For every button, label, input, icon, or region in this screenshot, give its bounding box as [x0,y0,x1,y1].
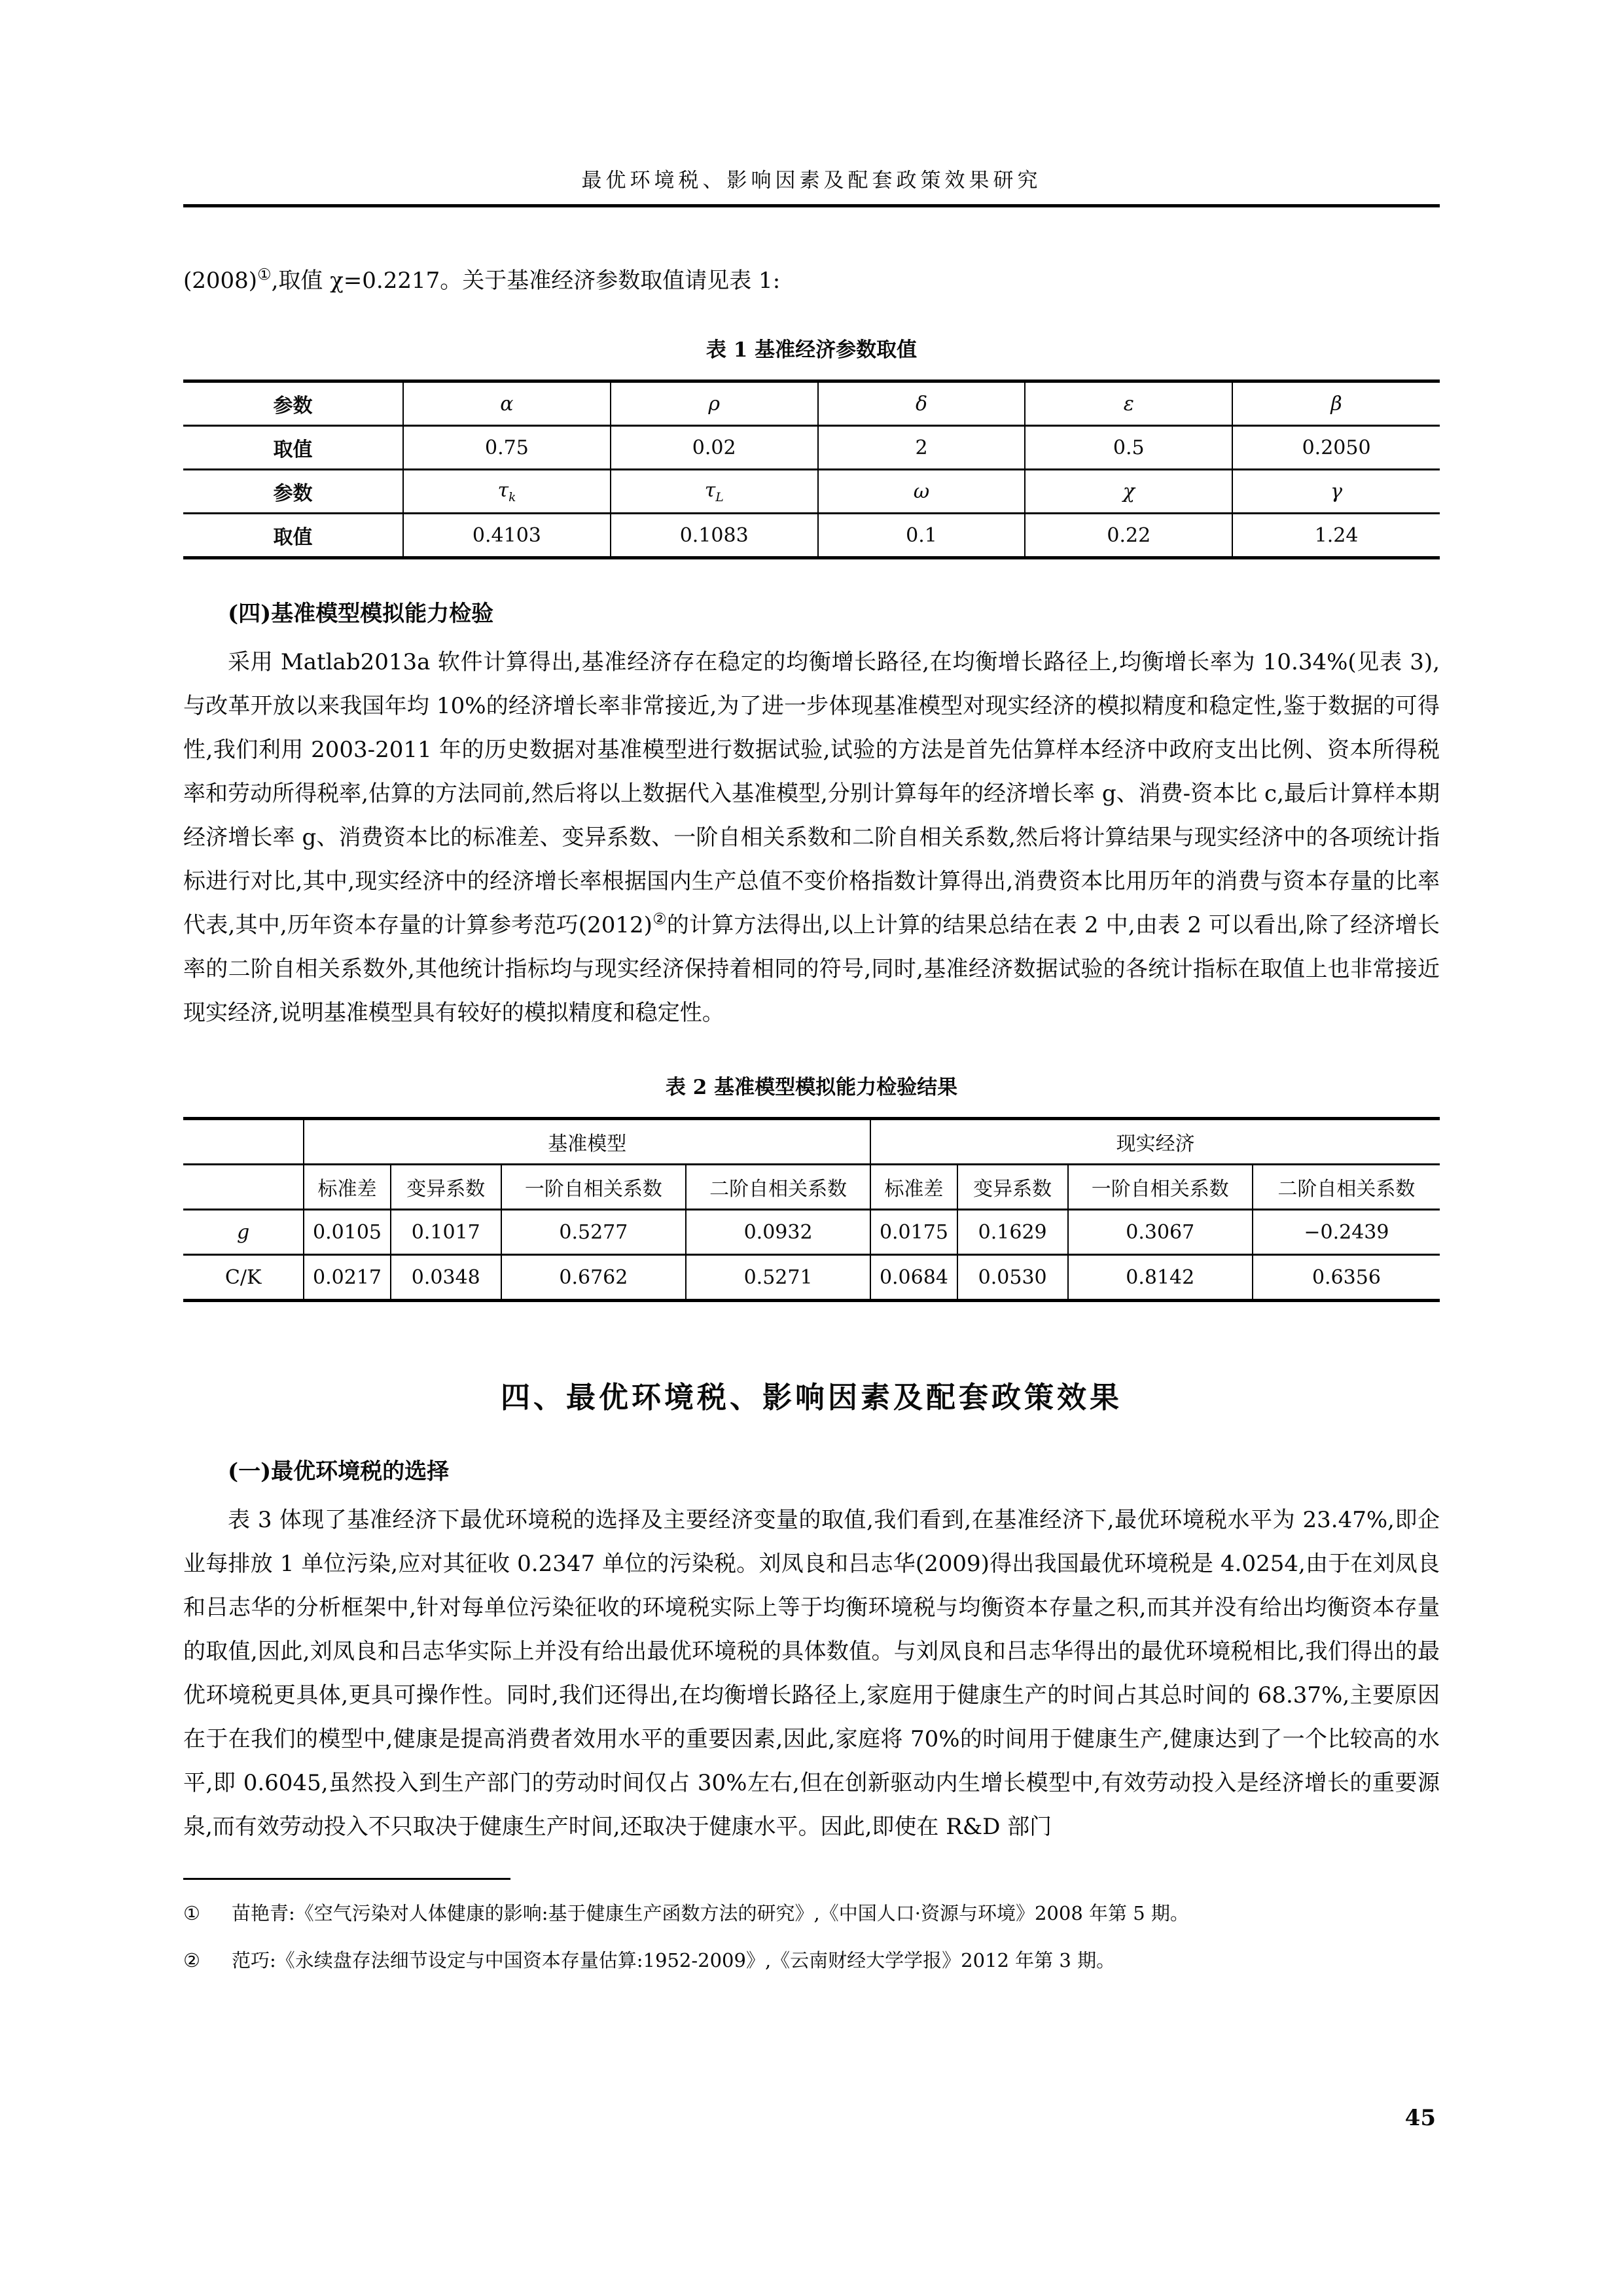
table1-cell: 0.75 [403,426,611,470]
footnotes-block: ① 苗艳青:《空气污染对人体健康的影响:基于健康生产函数方法的研究》,《中国人口… [183,1878,1440,1974]
section-4-heading: 四、最优环境税、影响因素及配套政策效果 [183,1378,1440,1417]
table2-cell: 0.0105 [304,1210,390,1255]
table2-cell: 0.0530 [957,1255,1068,1301]
table2-cell: 0.0217 [304,1255,390,1301]
footnote-2-text: 范巧:《永续盘存法细节设定与中国资本存量估算:1952-2009》,《云南财经大… [232,1947,1440,1974]
table2-column-header: 二阶自相关系数 [1253,1165,1440,1210]
table1-cell: 0.1 [818,514,1026,558]
header-rule [183,204,1440,207]
table1-cell: 0.2050 [1232,426,1440,470]
table1-cell: 0.1083 [611,514,818,558]
table2-cell: −0.2439 [1253,1210,1440,1255]
footnote-rule [183,1878,510,1880]
table2-row-label: g [183,1210,304,1255]
table1-cell: ρ [611,381,818,426]
table1-cell: 0.22 [1025,514,1232,558]
table1-cell: 0.4103 [403,514,611,558]
table2-cell: 0.0348 [391,1255,501,1301]
intro-paragraph: (2008)①,取值 χ=0.2217。关于基准经济参数取值请见表 1: [183,264,1440,298]
footnote-ref-1[interactable]: ① [257,266,272,284]
subsection-1-heading: (一)最优环境税的选择 [183,1455,1440,1488]
table1-cell: τk [403,470,611,514]
table1-row-header: 取值 [183,514,403,558]
footnote-2: ② 范巧:《永续盘存法细节设定与中国资本存量估算:1952-2009》,《云南财… [183,1947,1440,1974]
table1-cell: ε [1025,381,1232,426]
table2-cell: 0.0932 [686,1210,870,1255]
subsection-4-heading: (四)基准模型模拟能力检验 [183,597,1440,630]
table2-column-header: 二阶自相关系数 [686,1165,870,1210]
table2-column-header: 一阶自相关系数 [1068,1165,1253,1210]
table1-cell: τL [611,470,818,514]
footnote-1: ① 苗艳青:《空气污染对人体健康的影响:基于健康生产函数方法的研究》,《中国人口… [183,1899,1440,1927]
page-number: 45 [1405,2105,1436,2131]
table1-row-header: 参数 [183,470,403,514]
table1-cell: δ [818,381,1026,426]
table1-caption: 表 1 基准经济参数取值 [183,333,1440,362]
table1-cell: χ [1025,470,1232,514]
table2-cell: 0.5271 [686,1255,870,1301]
table2-group-header-2: 现实经济 [870,1119,1440,1165]
table2-corner-cell [183,1119,304,1165]
table2-column-header: 变异系数 [391,1165,501,1210]
table1-cell: 1.24 [1232,514,1440,558]
table2-column-header: 变异系数 [957,1165,1068,1210]
model-test-text-1: 采用 Matlab2013a 软件计算得出,基准经济存在稳定的均衡增长路径,在均… [183,649,1440,938]
table2: 基准模型现实经济标准差变异系数一阶自相关系数二阶自相关系数标准差变异系数一阶自相… [183,1117,1440,1302]
footnote-1-text: 苗艳青:《空气污染对人体健康的影响:基于健康生产函数方法的研究》,《中国人口·资… [232,1899,1440,1927]
footnote-ref-2[interactable]: ② [652,910,667,928]
table1-cell: 0.02 [611,426,818,470]
table1-cell: ω [818,470,1026,514]
table2-cell: 0.5277 [501,1210,686,1255]
table2-cell: 0.1629 [957,1210,1068,1255]
table2-cell: 0.0684 [870,1255,957,1301]
table2-row-label: C/K [183,1255,304,1301]
paper-page: 最优环境税、影响因素及配套政策效果研究 (2008)①,取值 χ=0.2217。… [0,0,1623,2296]
table2-caption: 表 2 基准模型模拟能力检验结果 [183,1070,1440,1100]
table2-cell: 0.1017 [391,1210,501,1255]
intro-text-post: ,取值 χ=0.2217。关于基准经济参数取值请见表 1: [272,268,781,294]
footnote-2-marker: ② [183,1947,232,1974]
table2-cell: 0.6762 [501,1255,686,1301]
table1-cell: 2 [818,426,1026,470]
table1-cell: 0.5 [1025,426,1232,470]
table2-cell: 0.6356 [1253,1255,1440,1301]
table1-cell: γ [1232,470,1440,514]
table2-cell: 0.0175 [870,1210,957,1255]
table1-cell: β [1232,381,1440,426]
table2-column-header: 标准差 [870,1165,957,1210]
intro-text-pre: (2008) [183,268,257,294]
optimal-tax-paragraph: 表 3 体现了基准经济下最优环境税的选择及主要经济变量的取值,我们看到,在基准经… [183,1498,1440,1849]
table1-row-header: 取值 [183,426,403,470]
table2-cell: 0.3067 [1068,1210,1253,1255]
table1-cell: α [403,381,611,426]
table1-row-header: 参数 [183,381,403,426]
table2-cell: 0.8142 [1068,1255,1253,1301]
table2-empty-cell [183,1165,304,1210]
table2-column-header: 一阶自相关系数 [501,1165,686,1210]
table2-column-header: 标准差 [304,1165,390,1210]
table2-group-header-1: 基准模型 [304,1119,870,1165]
running-header: 最优环境税、影响因素及配套政策效果研究 [183,168,1440,207]
model-test-paragraph: 采用 Matlab2013a 软件计算得出,基准经济存在稳定的均衡增长路径,在均… [183,641,1440,1035]
running-title: 最优环境税、影响因素及配套政策效果研究 [183,168,1440,194]
footnote-1-marker: ① [183,1899,232,1927]
table1: 参数αρδεβ取值0.750.0220.50.2050参数τkτLωχγ取值0.… [183,380,1440,559]
